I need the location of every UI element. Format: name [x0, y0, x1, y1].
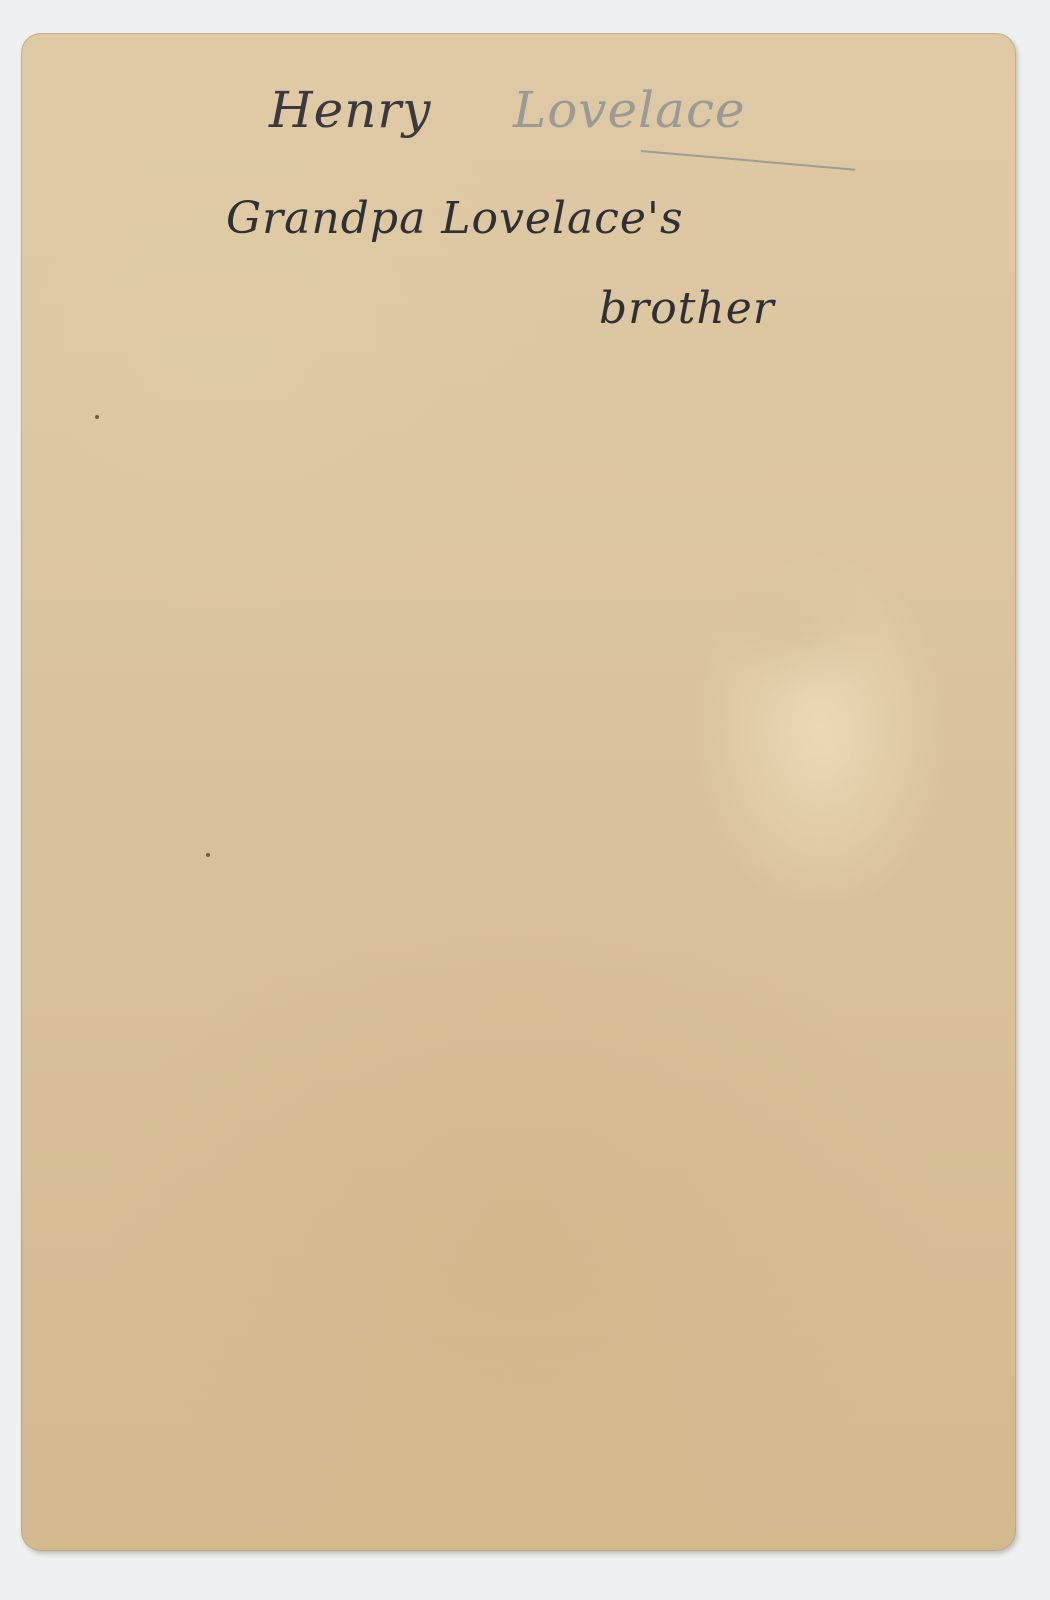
inscription-last-name: Lovelace	[513, 81, 746, 139]
paper-speck	[206, 853, 210, 857]
inscription-relation: Grandpa Lovelace's	[226, 193, 684, 244]
inscription-first-name: Henry	[269, 81, 432, 139]
cabinet-card-back: Henry Lovelace Grandpa Lovelace's brothe…	[21, 33, 1016, 1551]
inscription-relation-continued: brother	[599, 283, 775, 334]
paper-speck	[95, 415, 99, 419]
pencil-underline	[641, 150, 855, 171]
